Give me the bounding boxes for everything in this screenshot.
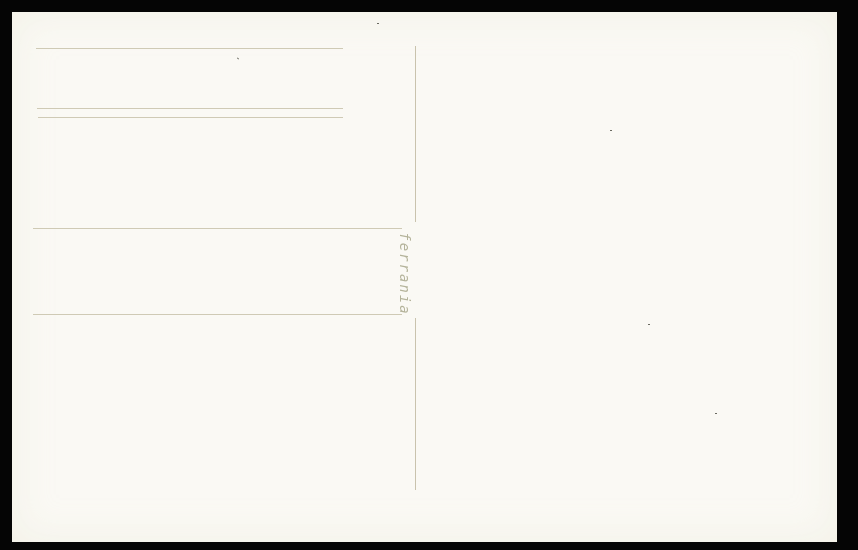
rule-line-4: [33, 228, 402, 229]
dust-speck: [648, 324, 650, 325]
divider-line-top: [415, 46, 416, 222]
rule-line-2: [37, 108, 343, 109]
dust-speck: [237, 57, 239, 59]
brand-imprint: ferrania: [396, 229, 412, 319]
divider-line-bottom: [415, 318, 416, 490]
dust-speck: [377, 23, 379, 24]
postcard-back: ferrania: [12, 12, 837, 542]
dust-speck: [610, 130, 612, 131]
rule-line-5: [33, 314, 402, 315]
dust-speck: [715, 413, 717, 414]
rule-line-3: [38, 117, 343, 118]
rule-line-1: [36, 48, 343, 49]
